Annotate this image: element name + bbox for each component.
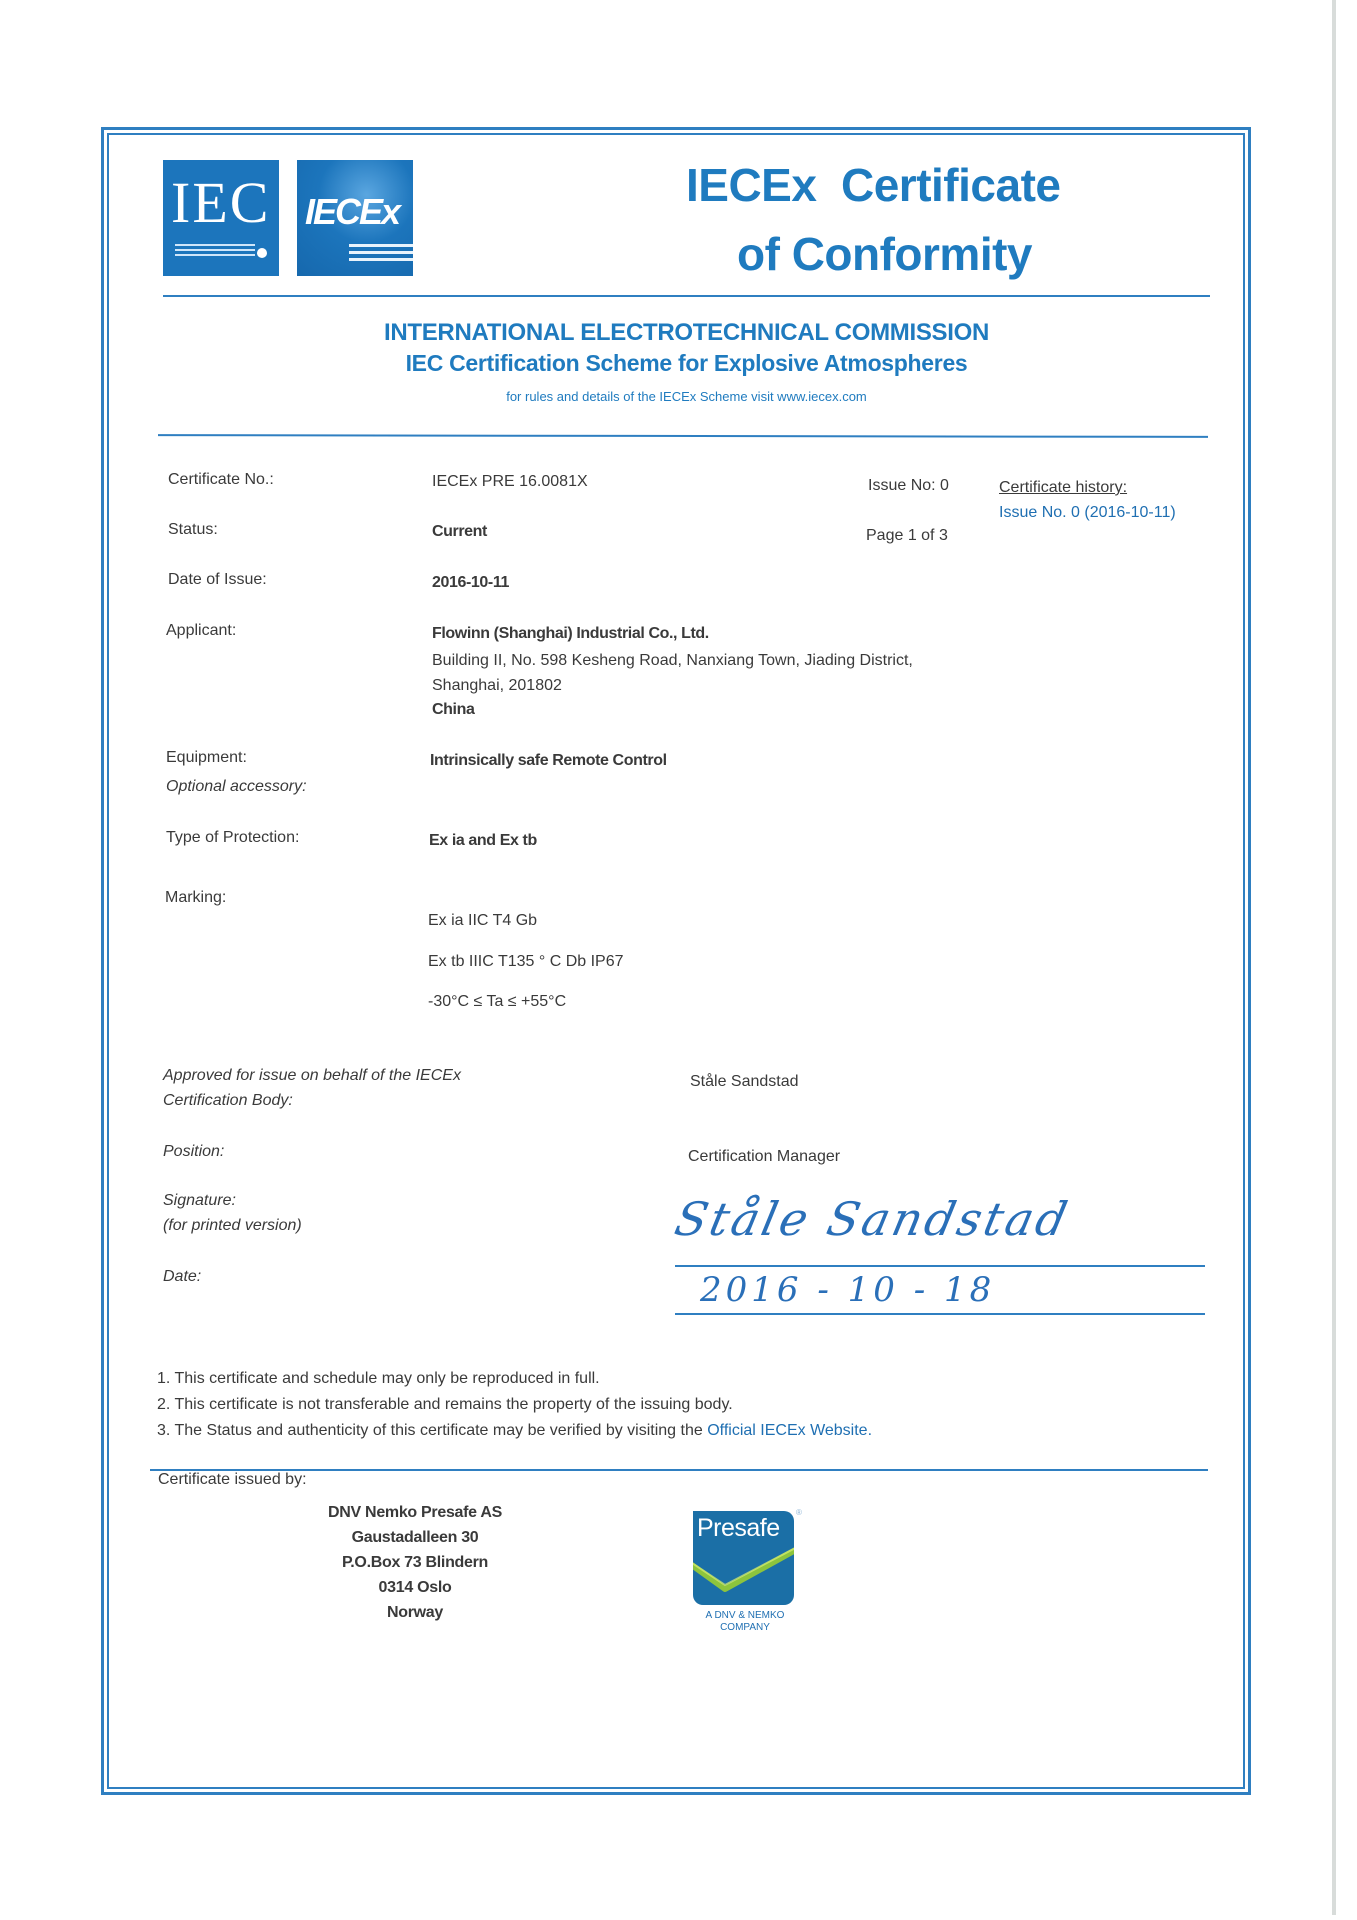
signature-sublabel: (for printed version) [163,1217,302,1235]
iec-logo: IEC [163,160,279,276]
applicant-name: Flowinn (Shanghai) Industrial Co., Ltd. [432,625,709,643]
issuer-name: DNV Nemko Presafe AS [300,1500,530,1525]
issuer-street: Gaustadalleen 30 [300,1525,530,1550]
signature-line [675,1265,1205,1267]
certificate-number: IECEx PRE 16.0081X [432,473,588,491]
signature-label: Signature: [163,1192,236,1210]
registered-mark: ® [796,1508,802,1517]
status-label: Status: [168,521,218,539]
presafe-logo: Presafe [693,1511,794,1605]
certificate-number-label: Certificate No.: [168,471,274,489]
iec-logo-dot [257,248,267,258]
presafe-tagline: A DNV & NEMKO COMPANY [690,1610,800,1634]
applicant-label: Applicant: [166,622,236,640]
org-name: INTERNATIONAL ELECTROTECHNICAL COMMISSIO… [0,319,1357,347]
section-rule-bottom [150,1469,1208,1471]
issuer-country: Norway [300,1600,530,1625]
note-1: 1. This certificate and schedule may onl… [157,1370,600,1388]
issuer-pobox: P.O.Box 73 Blindern [300,1550,530,1575]
rules-note: for rules and details of the IECEx Schem… [0,389,1357,404]
applicant-address-line1: Building II, No. 598 Kesheng Road, Nanxi… [432,652,913,670]
iecex-logo-text: IECEx [305,194,399,230]
marking-line-3: -30°C ≤ Ta ≤ +55°C [428,993,566,1011]
note-3-text: 3. The Status and authenticity of this c… [157,1422,707,1439]
presafe-tagline-line2: COMPANY [690,1622,800,1634]
applicant-address-line2: Shanghai, 201802 [432,677,562,695]
header-rule [163,295,1210,297]
equipment-value: Intrinsically safe Remote Control [430,752,667,770]
protection-value: Ex ia and Ex tb [429,832,537,850]
status-value: Current [432,523,487,541]
handwritten-signature: Ståle Sandstad [670,1192,1074,1246]
certificate-title-line2: of Conformity [737,227,1032,281]
presafe-tagline-line1: A DNV & NEMKO [690,1610,800,1622]
approver-name: Ståle Sandstad [690,1073,799,1091]
marking-line-2: Ex tb IIIC T135 ° C Db IP67 [428,953,624,971]
issue-number: Issue No: 0 [868,477,949,495]
handwritten-date: 2016 - 10 - 18 [700,1270,995,1310]
iecex-logo-bars [349,244,413,265]
marking-line-1: Ex ia IIC T4 Gb [428,912,537,930]
position-value: Certification Manager [688,1148,840,1166]
note-3: 3. The Status and authenticity of this c… [157,1422,872,1440]
approved-label-line1: Approved for issue on behalf of the IECE… [163,1067,461,1085]
issuer-city: 0314 Oslo [300,1575,530,1600]
certificate-history-entry[interactable]: Issue No. 0 (2016-10-11) [999,504,1176,522]
issued-by-label: Certificate issued by: [158,1471,307,1489]
scheme-name: IEC Certification Scheme for Explosive A… [0,350,1357,377]
iec-logo-text: IEC [171,174,270,232]
date-of-issue-label: Date of Issue: [168,571,267,589]
certificate-title-line1: IECEx Certificate [686,158,1060,212]
scan-edge [1332,0,1336,1915]
protection-label: Type of Protection: [166,829,299,847]
date-line [675,1313,1205,1315]
applicant-country: China [432,701,474,719]
approved-label-line2: Certification Body: [163,1092,293,1110]
date-label: Date: [163,1268,201,1286]
marking-label: Marking: [165,889,226,907]
equipment-label: Equipment: [166,749,247,767]
note-2: 2. This certificate is not transferable … [157,1396,733,1414]
certificate-history-label: Certificate history: [999,479,1127,497]
page-indicator: Page 1 of 3 [866,527,948,545]
iec-logo-bars [175,244,255,259]
official-iecex-website-link[interactable]: Official IECEx Website. [707,1422,872,1439]
checkmark-icon [693,1511,794,1605]
issuer-address: DNV Nemko Presafe AS Gaustadalleen 30 P.… [300,1500,530,1625]
position-label: Position: [163,1143,224,1161]
certificate-frame-inner [107,133,1245,1789]
date-of-issue: 2016-10-11 [432,574,509,592]
iecex-logo: IECEx [297,160,413,276]
optional-accessory-label: Optional accessory: [166,778,307,796]
